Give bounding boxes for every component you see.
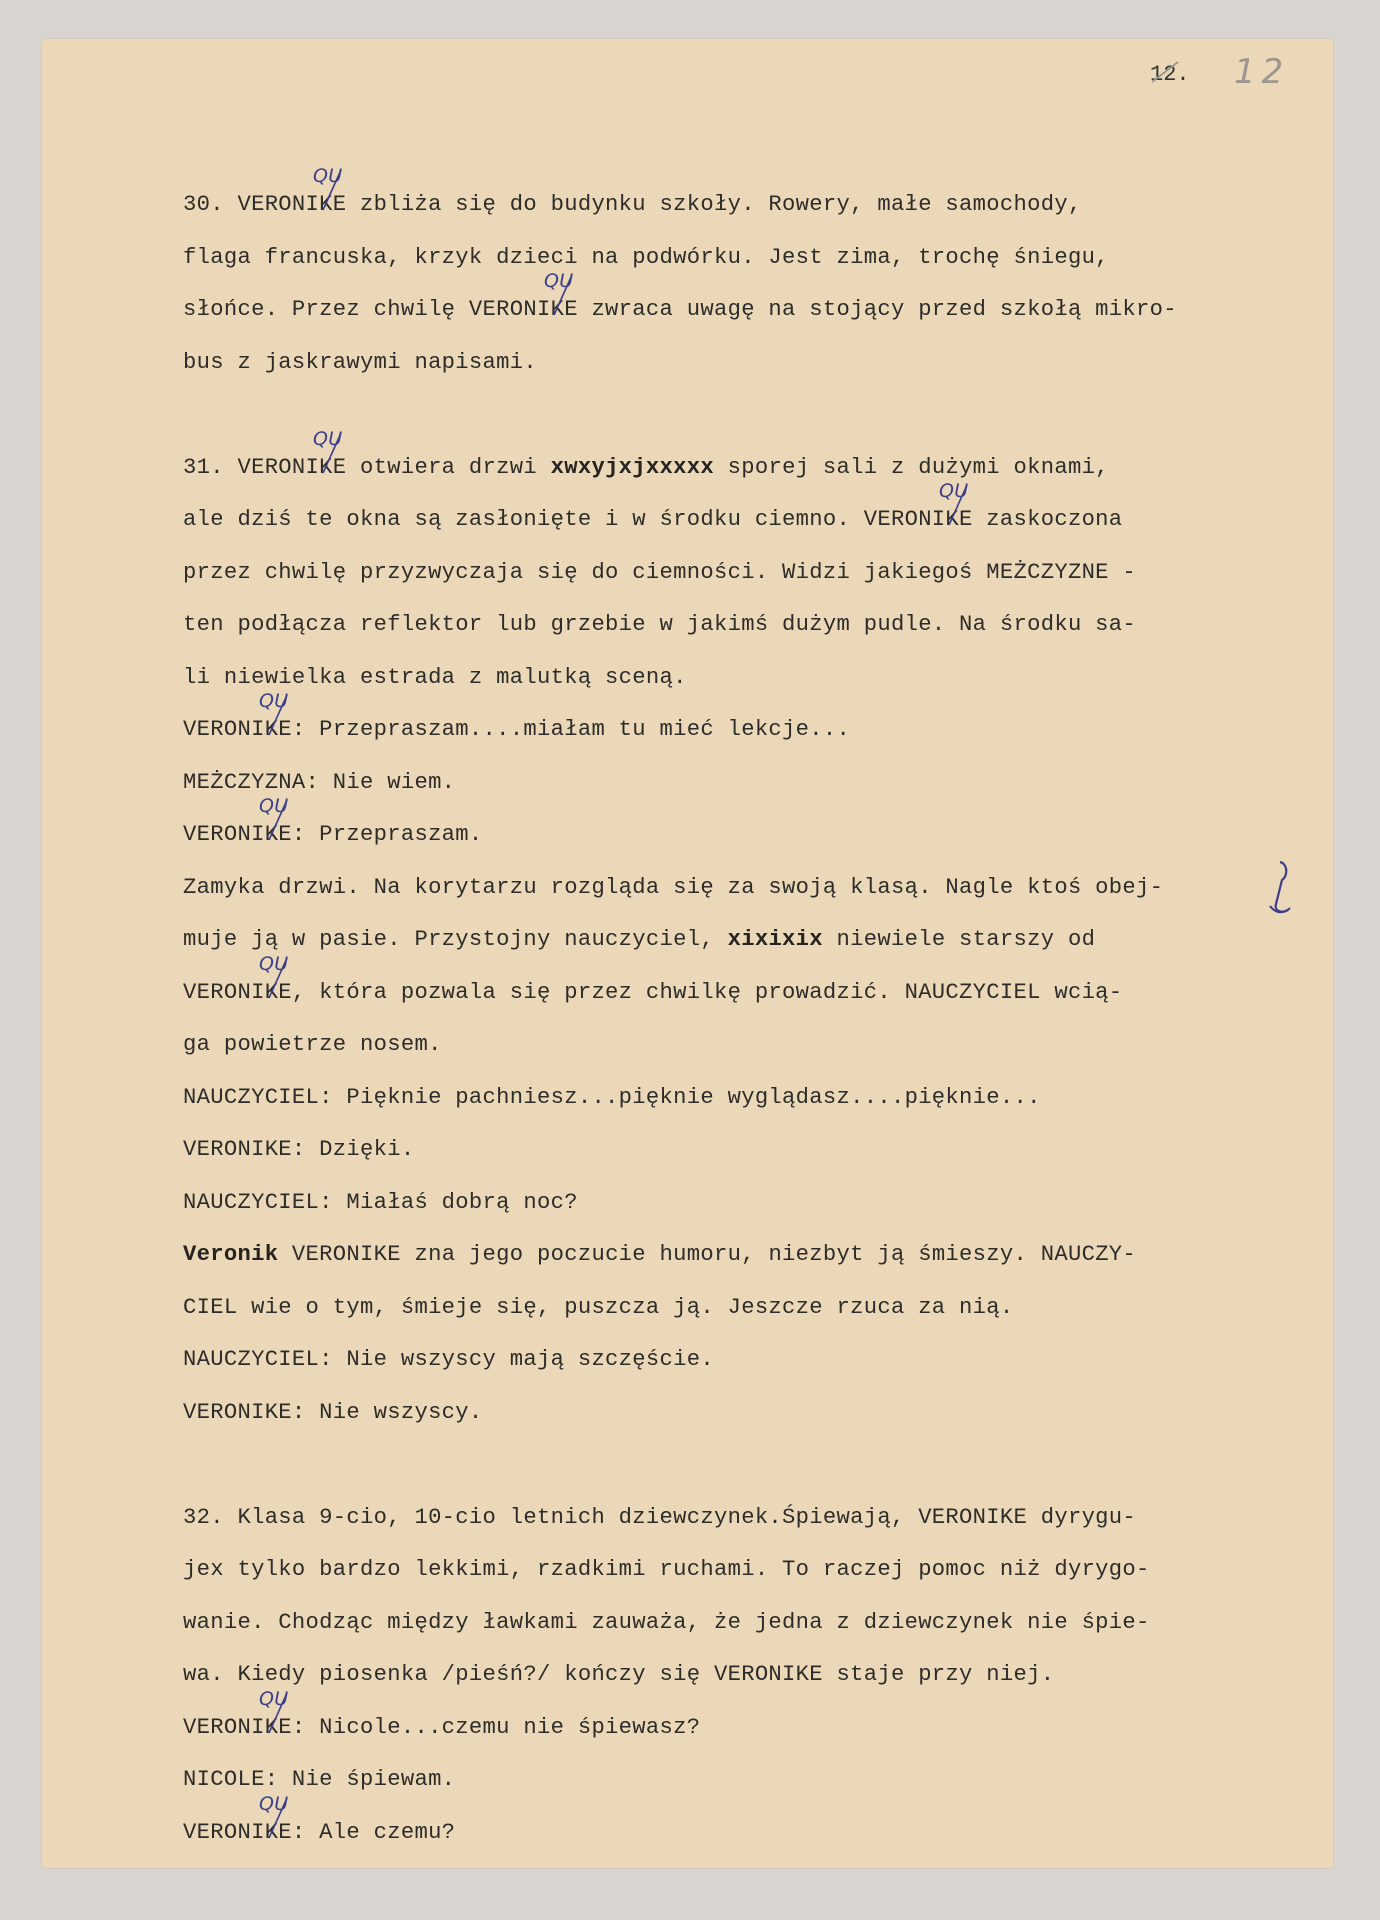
text-line: VERONIKE: Dzięki. xyxy=(183,1135,1333,1188)
text-line: MEŻCZYZNA: Nie wiem. xyxy=(183,768,1333,821)
blank-line xyxy=(183,400,1333,453)
text-line: wa. Kiedy piosenka /pieśń?/ kończy się V… xyxy=(183,1660,1333,1713)
text-line: 32. Klasa 9-cio, 10-cio letnich dziewczy… xyxy=(183,1503,1333,1556)
text-line: słońce. Przez chwilę VERONIKE zwraca uwa… xyxy=(183,295,1333,348)
document-body: 30. VERONIKE zbliża się do budynku szkoł… xyxy=(183,190,1333,1870)
text-line: jex tylko bardzo lekkimi, rzadkimi rucha… xyxy=(183,1555,1333,1608)
text-line: 31. VERONIKE otwiera drzwi xwxyjxjxxxxx … xyxy=(183,453,1333,506)
text-line: przez chwilę przyzwyczaja się do ciemnoś… xyxy=(183,558,1333,611)
text-line: flaga francuska, krzyk dzieci na podwórk… xyxy=(183,243,1333,296)
text-line: VERONIKE: Przepraszam....miałam tu mieć … xyxy=(183,715,1333,768)
text-line: VERONIKE: Nie wszyscy. xyxy=(183,1398,1333,1451)
text-line: wanie. Chodząc między ławkami zauważa, ż… xyxy=(183,1608,1333,1661)
struck-out-text: xwxyjxjxxxxx xyxy=(551,455,714,480)
text-line: Zamyka drzwi. Na korytarzu rozgląda się … xyxy=(183,873,1333,926)
text-line: ale dziś te okna są zasłonięte i w środk… xyxy=(183,505,1333,558)
text-line: NICOLE: Nie śpiewam. xyxy=(183,1765,1333,1818)
text-line: VERONIKE: Przepraszam.QU xyxy=(183,820,1333,873)
text-line: li niewielka estrada z malutką sceną. xyxy=(183,663,1333,716)
text-line: VERONIKE, która pozwala się przez chwilk… xyxy=(183,978,1333,1031)
blank-line xyxy=(183,1450,1333,1503)
text-line: NAUCZYCIEL: Miałaś dobrą noc? xyxy=(183,1188,1333,1241)
text-line: NAUCZYCIEL: Pięknie pachniesz...pięknie … xyxy=(183,1083,1333,1136)
page-number-typed: 12. xyxy=(1150,62,1190,87)
struck-out-text: Veronik xyxy=(183,1242,278,1267)
struck-out-text: xixixix xyxy=(728,927,823,952)
text-line: muje ją w pasie. Przystojny nauczyciel, … xyxy=(183,925,1333,978)
text-line: bus z jaskrawymi napisami. xyxy=(183,348,1333,401)
text-line: CIEL wie o tym, śmieje się, puszcza ją. … xyxy=(183,1293,1333,1346)
text-line: Veronik VERONIKE zna jego poczucie humor… xyxy=(183,1240,1333,1293)
text-line: ten podłącza reflektor lub grzebie w jak… xyxy=(183,610,1333,663)
text-line: NAUCZYCIEL: Nie wszyscy mają szczęście. xyxy=(183,1345,1333,1398)
page-number-handwritten: 12 xyxy=(1234,52,1289,92)
text-line: 30. VERONIKE zbliża się do budynku szkoł… xyxy=(183,190,1333,243)
text-line: VERONIKE: Nicole...czemu nie śpiewasz?QU xyxy=(183,1713,1333,1766)
text-line: ga powietrze nosem. xyxy=(183,1030,1333,1083)
text-line: VERONIKE: Ale czemu?QU xyxy=(183,1818,1333,1871)
